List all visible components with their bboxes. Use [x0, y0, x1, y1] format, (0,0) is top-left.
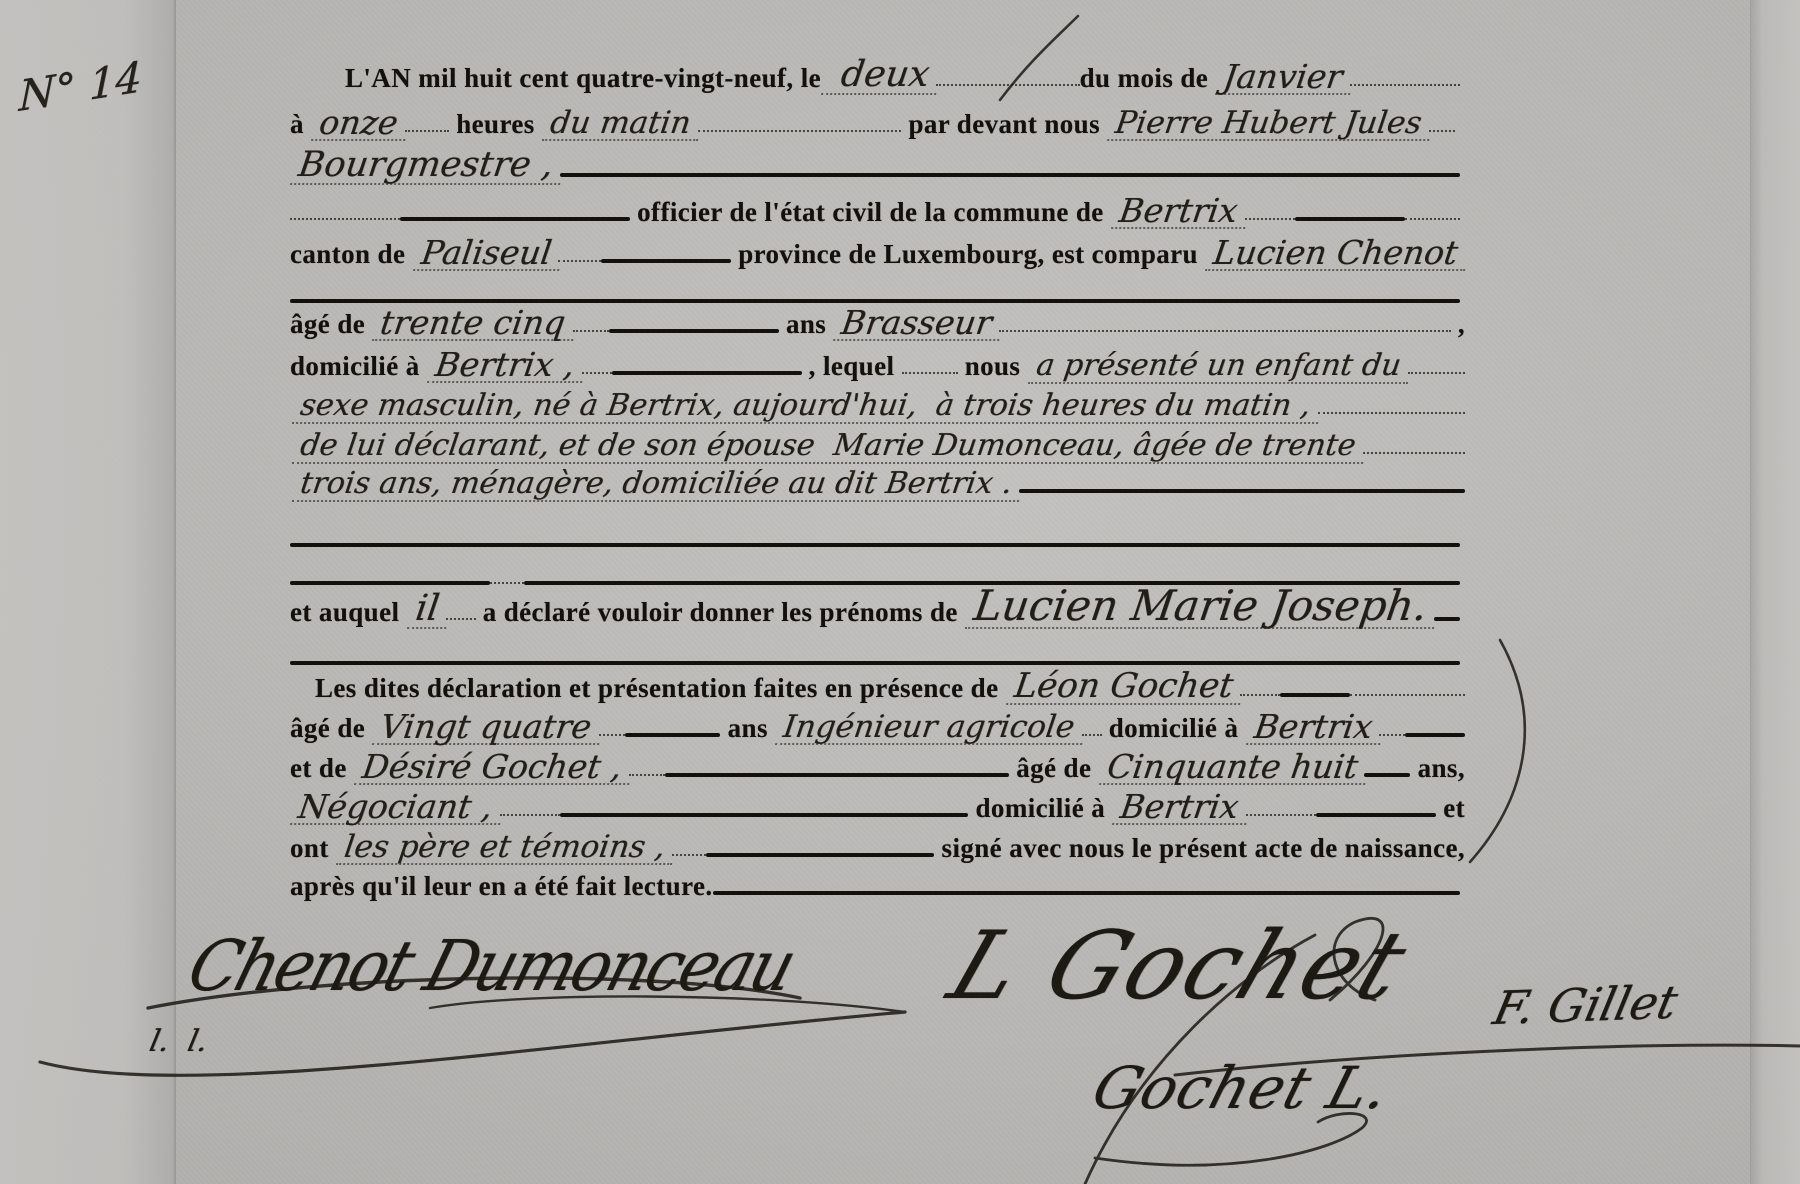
handwritten-text: trente cinq [372, 307, 577, 341]
fill-in-rule [629, 774, 665, 776]
signature-father: Chenot Dumonceau [182, 935, 800, 998]
fill-in-rule [1429, 130, 1455, 132]
scan-edge-left [0, 0, 176, 1184]
fill-in-rule [936, 84, 1079, 86]
form-line: Bourgmestre , [290, 142, 1460, 182]
printed-text: après qu'il leur en a été fait lecture. [290, 872, 713, 900]
handwritten-text: il [407, 592, 451, 629]
scanned-birth-certificate: N° 14 L'AN mil huit cent quatre-vingt-ne… [0, 0, 1800, 1184]
fill-in-rule [405, 130, 449, 132]
form-line: canton de Paliseul province de Luxembour… [290, 228, 1465, 268]
handwritten-text: Brasseur [833, 307, 1004, 341]
handwritten-text: sexe masculin, né à Bertrix, aujourd'hui… [292, 392, 1322, 424]
printed-text: domicilié à [968, 794, 1112, 822]
printed-text: nous [958, 352, 1028, 380]
fill-in-rule [400, 217, 630, 221]
fill-in-rule [1295, 217, 1405, 221]
scan-edge-right [1750, 0, 1800, 1184]
printed-text: ans [779, 310, 834, 338]
printed-text: signé avec nous le présent acte de naiss… [934, 834, 1465, 862]
printed-text: ans [720, 714, 775, 742]
handwritten-text: du matin [542, 109, 702, 141]
printed-text: ont [290, 834, 336, 862]
fill-in-rule [1316, 813, 1436, 817]
handwritten-text: a présenté un enfant du [1028, 352, 1413, 384]
form-line: et auquel il a déclaré vouloir donner le… [290, 586, 1460, 626]
printed-text: domicilié à [1102, 714, 1246, 742]
fill-in-rule [1408, 372, 1465, 374]
fill-in-rule [1019, 489, 1465, 493]
fill-in-rule [500, 814, 560, 816]
handwritten-text: Paliseul [413, 237, 564, 271]
signature-father-marks: l. l. [147, 1028, 210, 1055]
printed-text: Les dites déclaration et présentation fa… [315, 674, 1006, 702]
printed-text: et auquel [290, 598, 407, 626]
handwritten-text: Ingénieur agricole [775, 713, 1086, 745]
fill-in-rule [599, 734, 625, 736]
fill-in-rule [1318, 412, 1465, 414]
fill-in-rule [446, 618, 476, 620]
form-line: ont les père et témoins , signé avec nou… [290, 822, 1465, 862]
handwritten-text: Bertrix [1112, 791, 1251, 825]
printed-text: canton de [290, 240, 413, 268]
printed-text: par devant nous [901, 110, 1107, 138]
printed-text: L'AN mil huit cent quatre-vingt-neuf, le [345, 64, 821, 92]
form-line: et de Désiré Gochet , âgé de Cinquante h… [290, 742, 1465, 782]
form-line: après qu'il leur en a été fait lecture. [290, 860, 1460, 900]
form-line: à onze heures du matin par devant nous P… [290, 98, 1455, 138]
handwritten-text: Bertrix [1111, 195, 1250, 229]
signature-witness-gochet: L Gochet [940, 925, 1417, 1010]
form-line: L'AN mil huit cent quatre-vingt-neuf, le… [345, 52, 1460, 92]
fill-in-rule [1082, 734, 1102, 736]
fill-in-rule [290, 581, 490, 585]
form-line: sexe masculin, né à Bertrix, aujourd'hui… [292, 380, 1465, 420]
act-margin-number: N° 14 [18, 52, 142, 121]
printed-text: , [1451, 310, 1465, 338]
fill-in-rule [1350, 694, 1465, 696]
fill-in-rule [490, 582, 524, 584]
fill-in-rule [612, 371, 802, 375]
fill-in-rule [698, 130, 902, 132]
printed-text: a déclaré vouloir donner les prénoms de [476, 598, 965, 626]
printed-text: âgé de [290, 714, 372, 742]
form-line: âgé de trente cinq ans Brasseur , [290, 298, 1465, 338]
handwritten-text: Lucien Marie Joseph. [965, 586, 1440, 629]
form-line [290, 512, 1460, 552]
fill-in-rule [290, 218, 400, 220]
printed-text: domicilié à [290, 352, 427, 380]
fill-in-rule [1379, 734, 1405, 736]
fill-in-rule [672, 854, 706, 856]
handwritten-text: deux [821, 58, 942, 95]
fill-in-rule [560, 813, 969, 817]
fill-in-rule [625, 733, 721, 737]
handwritten-text: Désiré Gochet , [354, 751, 634, 785]
handwritten-text: Pierre Hubert Jules [1107, 109, 1433, 141]
printed-text: ans, [1410, 754, 1465, 782]
fill-in-rule [601, 259, 731, 263]
fill-in-rule [1246, 814, 1316, 816]
fill-in-rule [609, 329, 779, 333]
handwritten-text: trois ans, ménagère, domiciliée au dit B… [292, 470, 1024, 502]
handwritten-text: Lucien Chenot [1205, 237, 1470, 271]
handwritten-text: Bertrix , [427, 349, 587, 383]
printed-text: , lequel [802, 352, 902, 380]
fill-in-rule [1405, 218, 1460, 220]
fill-in-rule [560, 173, 1460, 177]
form-line: trois ans, ménagère, domiciliée au dit B… [292, 458, 1465, 498]
handwritten-text: Janvier [1215, 61, 1354, 95]
fill-in-rule [902, 372, 958, 374]
fill-in-rule [999, 330, 1450, 332]
form-line: Négociant , domicilié à Bertrix et [290, 782, 1465, 822]
fill-in-rule [713, 891, 1460, 895]
fill-in-rule [573, 330, 609, 332]
printed-text: officier de l'état civil de la commune d… [630, 198, 1111, 226]
form-line: de lui déclarant, et de son épouse Marie… [292, 420, 1465, 460]
handwritten-text: onze [311, 107, 410, 141]
handwritten-text: Vingt quatre [372, 711, 603, 745]
fill-in-rule [1363, 452, 1465, 454]
fill-in-rule [1350, 84, 1460, 86]
fill-in-rule [665, 773, 1009, 777]
fill-in-rule [706, 853, 934, 857]
fill-in-rule [1405, 733, 1465, 737]
form-line: domicilié à Bertrix , , lequel nous a pr… [290, 340, 1465, 380]
form-line: âgé de Vingt quatre ans Ingénieur agrico… [290, 702, 1465, 742]
handwritten-text: Cinquante huit [1099, 751, 1370, 785]
printed-text: province de Luxembourg, est comparu [731, 240, 1205, 268]
signature-gochet-second: Gochet L. [1088, 1062, 1396, 1114]
fill-in-rule [558, 260, 601, 262]
printed-text: heures [449, 110, 542, 138]
fill-in-rule [1434, 617, 1460, 621]
fill-in-rule [1245, 218, 1295, 220]
fill-in-rule [290, 543, 1460, 547]
printed-text: du mois de [1080, 64, 1216, 92]
signature-gillet: F. Gillet [1490, 982, 1681, 1030]
fill-in-rule [1364, 773, 1410, 777]
handwritten-text: Bertrix [1246, 711, 1385, 745]
printed-text: et [1436, 794, 1465, 822]
printed-text: âgé de [290, 310, 372, 338]
printed-text: âgé de [1009, 754, 1098, 782]
fill-in-rule [1280, 693, 1350, 697]
handwritten-text: Bourgmestre , [290, 149, 565, 185]
form-line: Les dites déclaration et présentation fa… [315, 662, 1465, 702]
handwritten-text: Négociant , [290, 791, 504, 825]
fill-in-rule [1240, 694, 1280, 696]
fill-in-rule [582, 372, 612, 374]
handwritten-text: Léon Gochet [1006, 670, 1245, 705]
printed-text: à [290, 110, 311, 138]
printed-text: et de [290, 754, 354, 782]
form-line: officier de l'état civil de la commune d… [290, 186, 1460, 226]
